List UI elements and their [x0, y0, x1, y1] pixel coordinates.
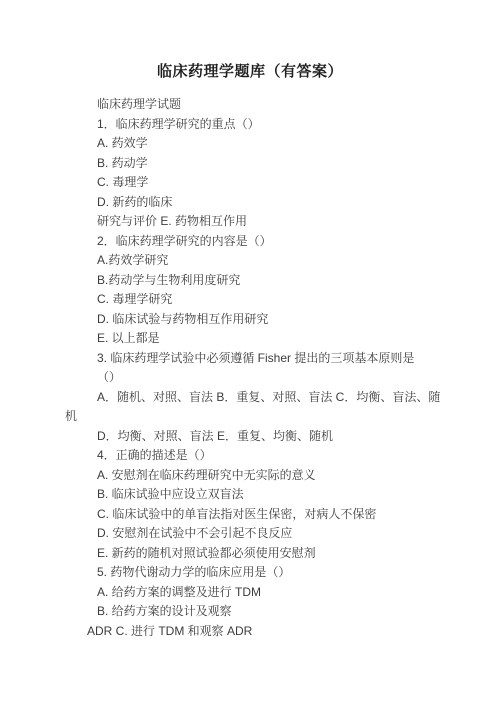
doc-line-q3-options-abc: A．随机、对照、盲法 B．重复、对照、盲法 C．均衡、盲法、随 [65, 388, 435, 408]
doc-line-q2-option-e: E. 以上都是 [65, 329, 435, 349]
doc-line-question-1: 1．临床药理学研究的重点（） [65, 115, 435, 135]
document-title: 临床药理学题库（有答案） [0, 63, 500, 81]
doc-line-q1-option-b: B. 药动学 [65, 154, 435, 174]
doc-line-q3-parens: （） [65, 368, 435, 388]
doc-line-q4-option-b: B. 临床试验中应设立双盲法 [65, 485, 435, 505]
doc-line-question-5: 5. 药物代谢动力学的临床应用是（） [65, 563, 435, 583]
document-body: 临床药理学试题 1．临床药理学研究的重点（） A. 药效学 B. 药动学 C. … [65, 95, 435, 641]
doc-line-q4-option-d: D. 安慰剂在试验中不会引起不良反应 [65, 524, 435, 544]
doc-line-q4-option-e: E. 新药的随机对照试验都必须使用安慰剂 [65, 544, 435, 564]
doc-line-q1-option-c: C. 毒理学 [65, 173, 435, 193]
doc-line-q2-option-a: A.药效学研究 [65, 251, 435, 271]
doc-line-q3-options-wrap: 机 [65, 407, 435, 427]
doc-line-q1-option-e: 研究与评价 E. 药物相互作用 [65, 212, 435, 232]
doc-line-q5-option-b: B. 给药方案的设计及观察 [65, 602, 435, 622]
doc-line-q2-option-b: B.药动学与生物利用度研究 [65, 271, 435, 291]
doc-line-question-4: 4．正确的描述是（） [65, 446, 435, 466]
doc-line-q4-option-a: A. 安慰剂在临床药理研究中无实际的意义 [65, 466, 435, 486]
doc-line-q2-option-d: D. 临床试验与药物相互作用研究 [65, 310, 435, 330]
doc-line-q4-option-c: C. 临床试验中的单盲法指对医生保密，对病人不保密 [65, 505, 435, 525]
doc-line-q3-options-de: D．均衡、对照、盲法 E．重复、均衡、随机 [65, 427, 435, 447]
doc-line-question-2: 2．临床药理学研究的内容是（） [65, 232, 435, 252]
doc-line-q5-option-a: A. 给药方案的调整及进行 TDM [65, 583, 435, 603]
doc-line-q1-option-a: A. 药效学 [65, 134, 435, 154]
doc-line-q2-option-c: C. 毒理学研究 [65, 290, 435, 310]
doc-line-subtitle: 临床药理学试题 [65, 95, 435, 115]
doc-line-question-3: 3. 临床药理学试验中必须遵循 Fisher 提出的三项基本原则是 [65, 349, 435, 369]
doc-line-q1-option-d: D. 新药的临床 [65, 193, 435, 213]
doc-line-q5-option-c: ADR C. 进行 TDM 和观察 ADR [65, 622, 435, 642]
document-page: 临床药理学题库（有答案） 临床药理学试题 1．临床药理学研究的重点（） A. 药… [0, 0, 500, 707]
